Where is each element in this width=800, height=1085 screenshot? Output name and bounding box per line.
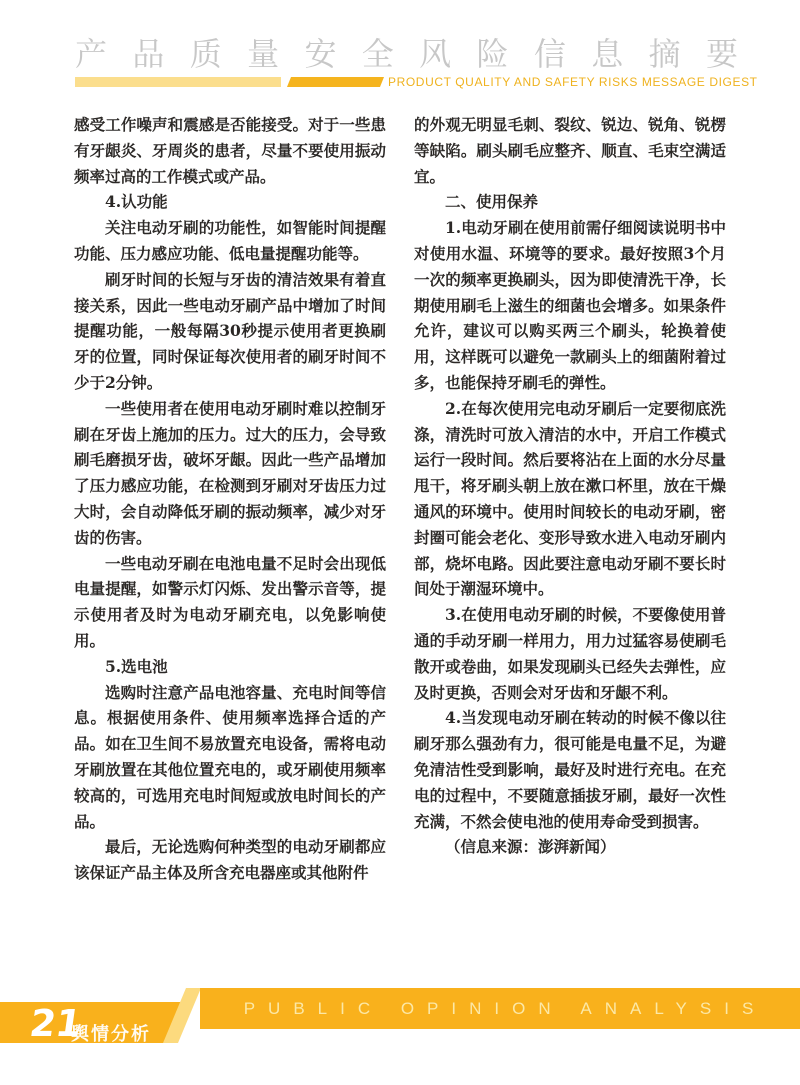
title-char: 要 [706, 36, 738, 72]
title-char: 安 [304, 36, 336, 72]
masthead-rule-gold-segment [287, 77, 384, 87]
article-column-right: 的外观无明显毛刺、裂纹、锐边、锐角、锐楞等缺陷。刷头刷毛应整齐、顺直、毛束空满适… [414, 112, 726, 860]
footer-logo-yuqing-fenxi: 舆情分析 [71, 1020, 151, 1046]
paragraph: 选购时注意产品电池容量、充电时间等信息。根据使用条件、使用频率选择合适的产品。如… [74, 680, 386, 835]
paragraph: 4.当发现电动牙刷在转动的时候不像以往刷牙那么强劲有力，很可能是电量不足，为避免… [414, 705, 726, 834]
paragraph: 一些使用者在使用电动牙刷时难以控制牙刷在牙齿上施加的压力。过大的压力，会导致刷毛… [74, 396, 386, 551]
title-char: 息 [591, 36, 623, 72]
title-char: 风 [419, 36, 451, 72]
article-column-left: 感受工作噪声和震感是否能接受。对于一些患有牙龈炎、牙周炎的患者，尽量不要使用振动… [74, 112, 386, 886]
masthead-rule-light-segment [75, 77, 281, 87]
paragraph: 3.在使用电动牙刷的时候，不要像使用普通的手动牙刷一样用力，用力过猛容易使刷毛散… [414, 602, 726, 705]
title-char: 量 [247, 36, 279, 72]
paragraph: 最后，无论选购何种类型的电动牙刷都应该保证产品主体及所含充电器座或其他附件 [74, 834, 386, 886]
title-char: 信 [534, 36, 566, 72]
title-char: 产 [75, 36, 107, 72]
paragraph: 二、使用保养 [414, 189, 726, 215]
paragraph: 一些电动牙刷在电池电量不足时会出现低电量提醒，如警示灯闪烁、发出警示音等，提示使… [74, 551, 386, 654]
page-title: 产品质量安全风险信息摘要 [75, 36, 738, 74]
paragraph: 4.认功能 [74, 189, 386, 215]
title-char: 摘 [649, 36, 681, 72]
paragraph: 的外观无明显毛刺、裂纹、锐边、锐角、锐楞等缺陷。刷头刷毛应整齐、顺直、毛束空满适… [414, 112, 726, 189]
paragraph: （信息来源：澎湃新闻） [414, 834, 726, 860]
title-char: 全 [362, 36, 394, 72]
paragraph: 5.选电池 [74, 654, 386, 680]
footer-banner-text: PUBLIC OPINION ANALYSIS [210, 999, 800, 1019]
title-char: 质 [190, 36, 222, 72]
paragraph: 感受工作噪声和震感是否能接受。对于一些患有牙龈炎、牙周炎的患者，尽量不要使用振动… [74, 112, 386, 189]
paragraph: 2.在每次使用完电动牙刷后一定要彻底洗涤，清洗时可放入清洁的水中，开启工作模式运… [414, 396, 726, 602]
document-page: 产品质量安全风险信息摘要 PRODUCT QUALITY AND SAFETY … [0, 0, 800, 1085]
paragraph: 刷牙时间的长短与牙齿的清洁效果有着直接关系，因此一些电动牙刷产品中增加了时间提醒… [74, 267, 386, 396]
paragraph: 关注电动牙刷的功能性，如智能时间提醒功能、压力感应功能、低电量提醒功能等。 [74, 215, 386, 267]
title-char: 品 [132, 36, 164, 72]
page-subtitle-english: PRODUCT QUALITY AND SAFETY RISKS MESSAGE… [388, 75, 740, 89]
paragraph: 1.电动牙刷在使用前需仔细阅读说明书中对使用水温、环境等的要求。最好按照3个月一… [414, 215, 726, 396]
title-char: 险 [477, 36, 509, 72]
